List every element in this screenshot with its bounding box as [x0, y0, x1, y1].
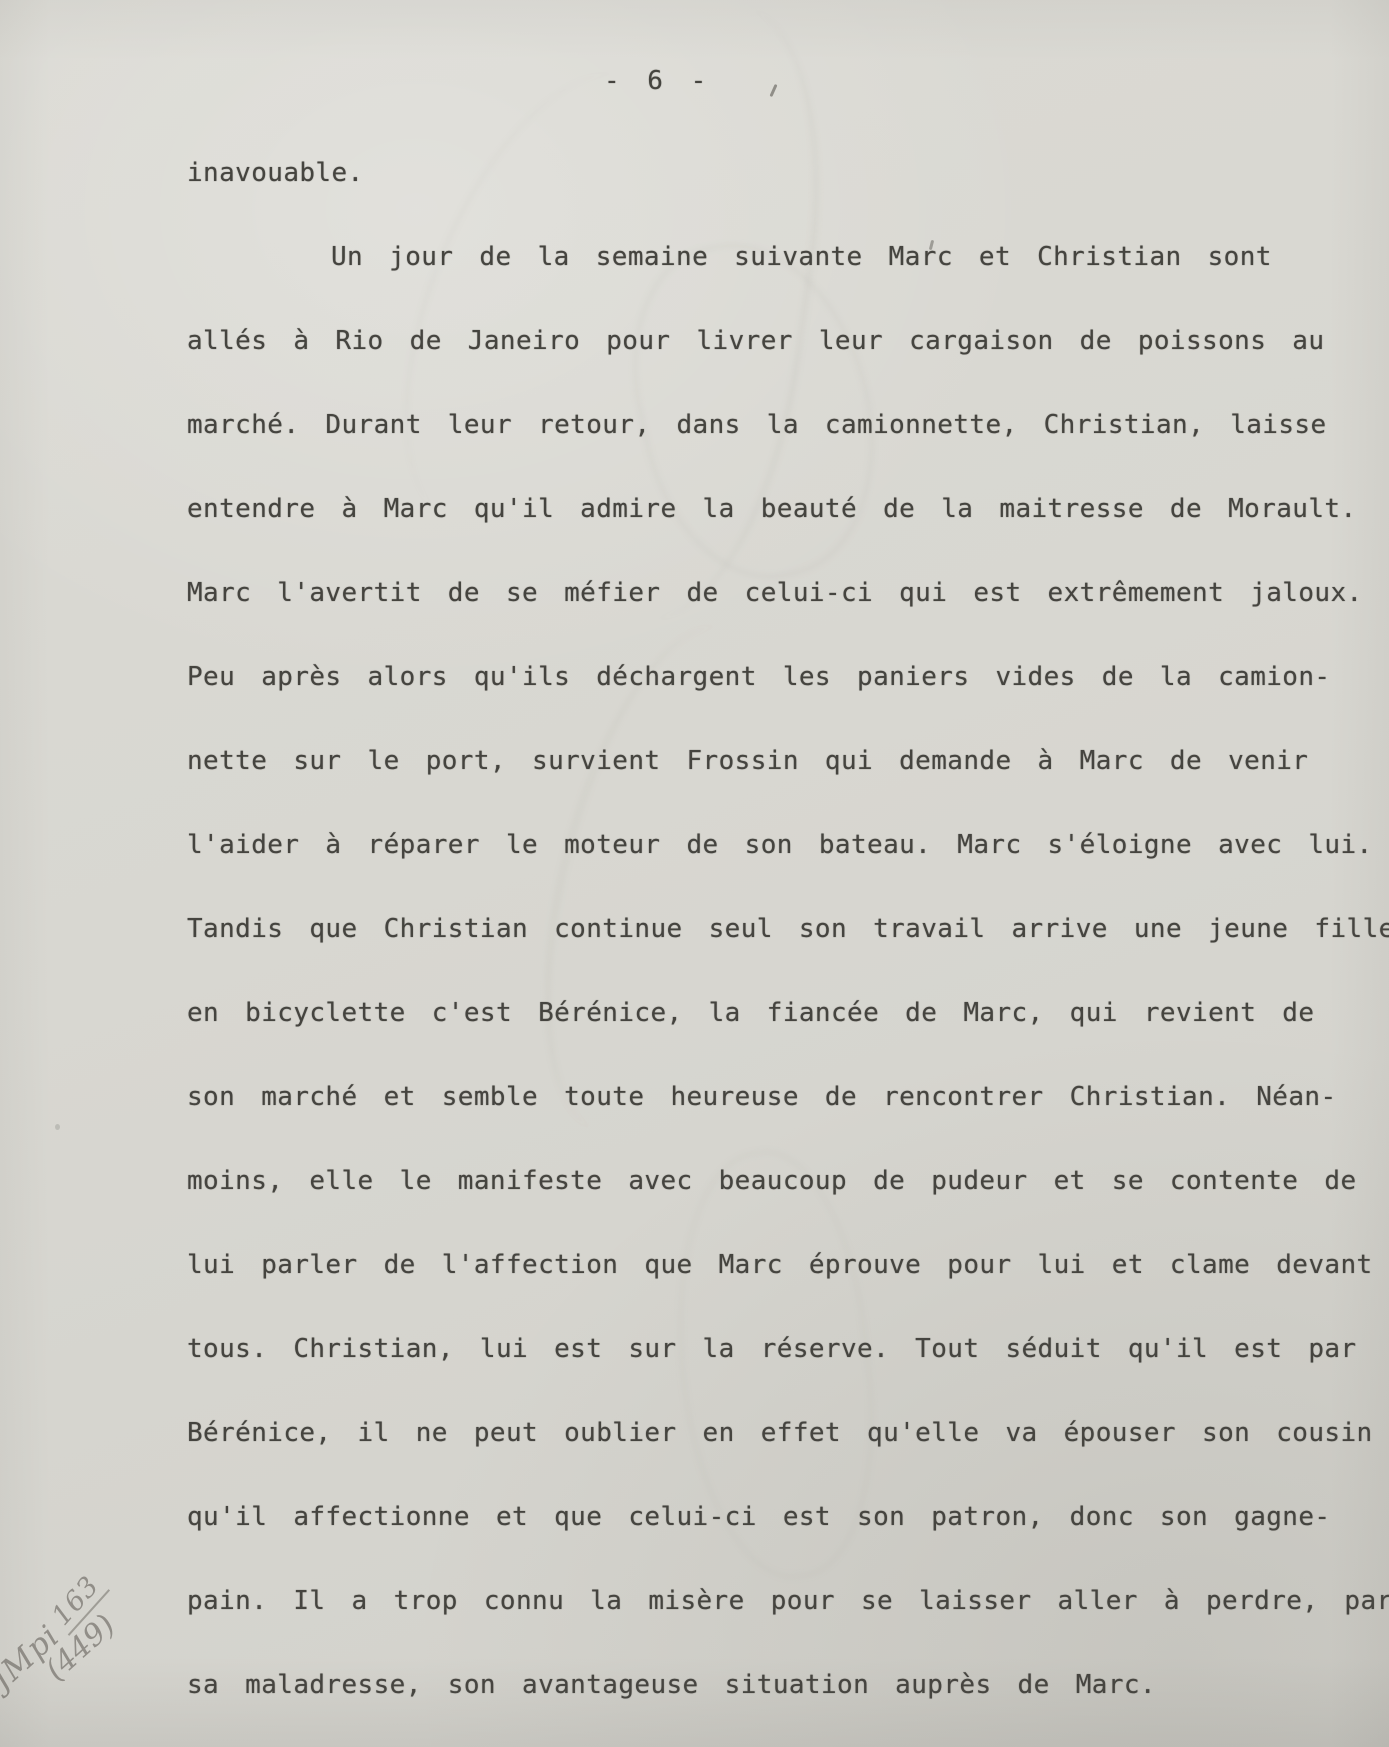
bleed-through-ghost	[348, 35, 736, 564]
handwritten-number-top: 163	[44, 1568, 110, 1636]
typed-line: Marc l'avertit de se méfier de celui-ci …	[187, 578, 1363, 608]
typed-line: marché. Durant leur retour, dans la cami…	[187, 410, 1327, 440]
typed-line: son marché et semble toute heureuse de r…	[187, 1082, 1337, 1112]
typed-line: Bérénice, il ne peut oublier en effet qu…	[187, 1418, 1373, 1448]
handwritten-note-line1: JMpi163	[0, 1510, 188, 1699]
typed-line: en bicyclette c'est Bérénice, la fiancée…	[187, 998, 1314, 1028]
typed-line: lui parler de l'affection que Marc éprou…	[187, 1250, 1373, 1280]
typed-line: Peu après alors qu'ils déchargent les pa…	[187, 662, 1330, 692]
typed-line: allés à Rio de Janeiro pour livrer leur …	[187, 326, 1324, 356]
handwritten-note: JMpi163 (449)	[0, 1510, 206, 1719]
handwritten-initials: JMpi	[0, 1618, 67, 1697]
typed-line: pain. Il a trop connu la misère pour se …	[187, 1586, 1389, 1616]
document-page: - 6 - inavouable.Un jour de la semaine s…	[0, 0, 1389, 1747]
typed-line: Tandis que Christian continue seul son t…	[187, 914, 1389, 944]
paper-speck	[769, 84, 777, 97]
handwritten-number-bottom: (449)	[39, 1532, 207, 1688]
typed-line: nette sur le port, survient Frossin qui …	[187, 746, 1308, 776]
paper-speck	[55, 1124, 60, 1130]
typed-line: moins, elle le manifeste avec beaucoup d…	[187, 1166, 1357, 1196]
typed-line: inavouable.	[187, 158, 364, 188]
typed-line: tous. Christian, lui est sur la réserve.…	[187, 1334, 1357, 1364]
typed-line: qu'il affectionne et que celui-ci est so…	[187, 1502, 1330, 1532]
typed-line: entendre à Marc qu'il admire la beauté d…	[187, 494, 1357, 524]
typed-line: Un jour de la semaine suivante Marc et C…	[331, 242, 1272, 272]
page-number: - 6 -	[604, 66, 707, 96]
typed-line: l'aider à réparer le moteur de son batea…	[187, 830, 1373, 860]
typed-line: sa maladresse, son avantageuse situation…	[187, 1670, 1156, 1700]
